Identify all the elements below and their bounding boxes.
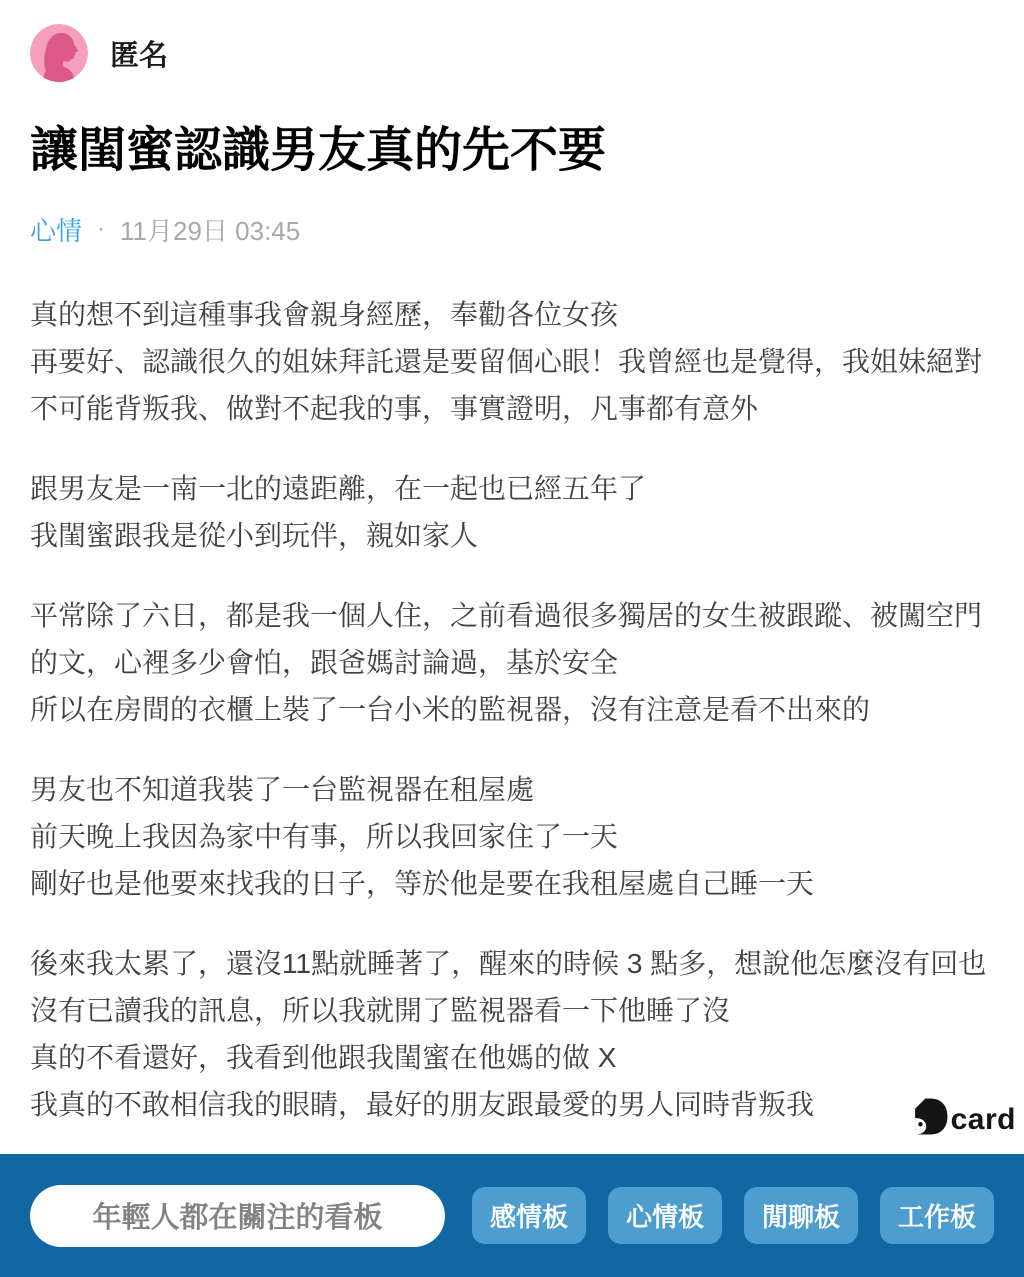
post-body: 真的想不到這種事我會親身經歷，奉勸各位女孩 再要好、認識很久的姐妹拜託還是要留個… [30,291,994,1128]
female-silhouette-icon [30,24,88,82]
post-paragraph-1: 真的想不到這種事我會親身經歷，奉勸各位女孩 再要好、認識很久的姐妹拜託還是要留個… [30,291,994,432]
post-title: 讓閨蜜認識男友真的先不要 [30,119,994,184]
board-button-mood[interactable]: 心情板 [608,1187,722,1244]
dcard-post-page: 匿名 讓閨蜜認識男友真的先不要 心情 · 11月29日 03:45 真的想不到這… [0,0,1024,1277]
post-paragraph-2: 跟男友是一南一北的遠距離，在一起也已經五年了 我閨蜜跟我是從小到玩伴，親如家人 [30,465,994,559]
post-content-area: 匿名 讓閨蜜認識男友真的先不要 心情 · 11月29日 03:45 真的想不到這… [0,0,1024,1128]
post-timestamp: 11月29日 03:45 [120,211,300,248]
board-search-pill[interactable]: 年輕人都在關注的看板 [30,1185,445,1247]
author-name: 匿名 [110,33,168,74]
post-paragraph-4: 男友也不知道我裝了一台監視器在租屋處 前天晚上我因為家中有事，所以我回家住了一天… [30,766,994,907]
board-search-pill-label: 年輕人都在關注的看板 [92,1195,382,1236]
post-meta: 心情 · 11月29日 03:45 [30,211,994,248]
post-header: 匿名 [30,24,994,82]
dcard-logo-text: card [951,1104,1016,1136]
dcard-d-face-icon [913,1098,948,1135]
anonymous-avatar [30,24,88,82]
board-button-chat[interactable]: 閒聊板 [744,1187,858,1244]
post-paragraph-3: 平常除了六日，都是我一個人住，之前看過很多獨居的女生被跟蹤、被闖空門的文，心裡多… [30,592,994,733]
post-paragraph-5: 後來我太累了，還沒11點就睡著了，醒來的時候 3 點多，想說他怎麼沒有回也沒有已… [30,940,994,1128]
board-button-job[interactable]: 工作板 [880,1187,994,1244]
dcard-watermark: card [913,1098,1016,1135]
category-link[interactable]: 心情 [30,211,82,248]
board-button-relationship[interactable]: 感情板 [472,1187,586,1244]
board-button-group: 感情板 心情板 閒聊板 工作板 [472,1187,994,1244]
bottom-board-bar: 年輕人都在關注的看板 感情板 心情板 閒聊板 工作板 [0,1154,1024,1277]
meta-separator: · [97,215,105,243]
